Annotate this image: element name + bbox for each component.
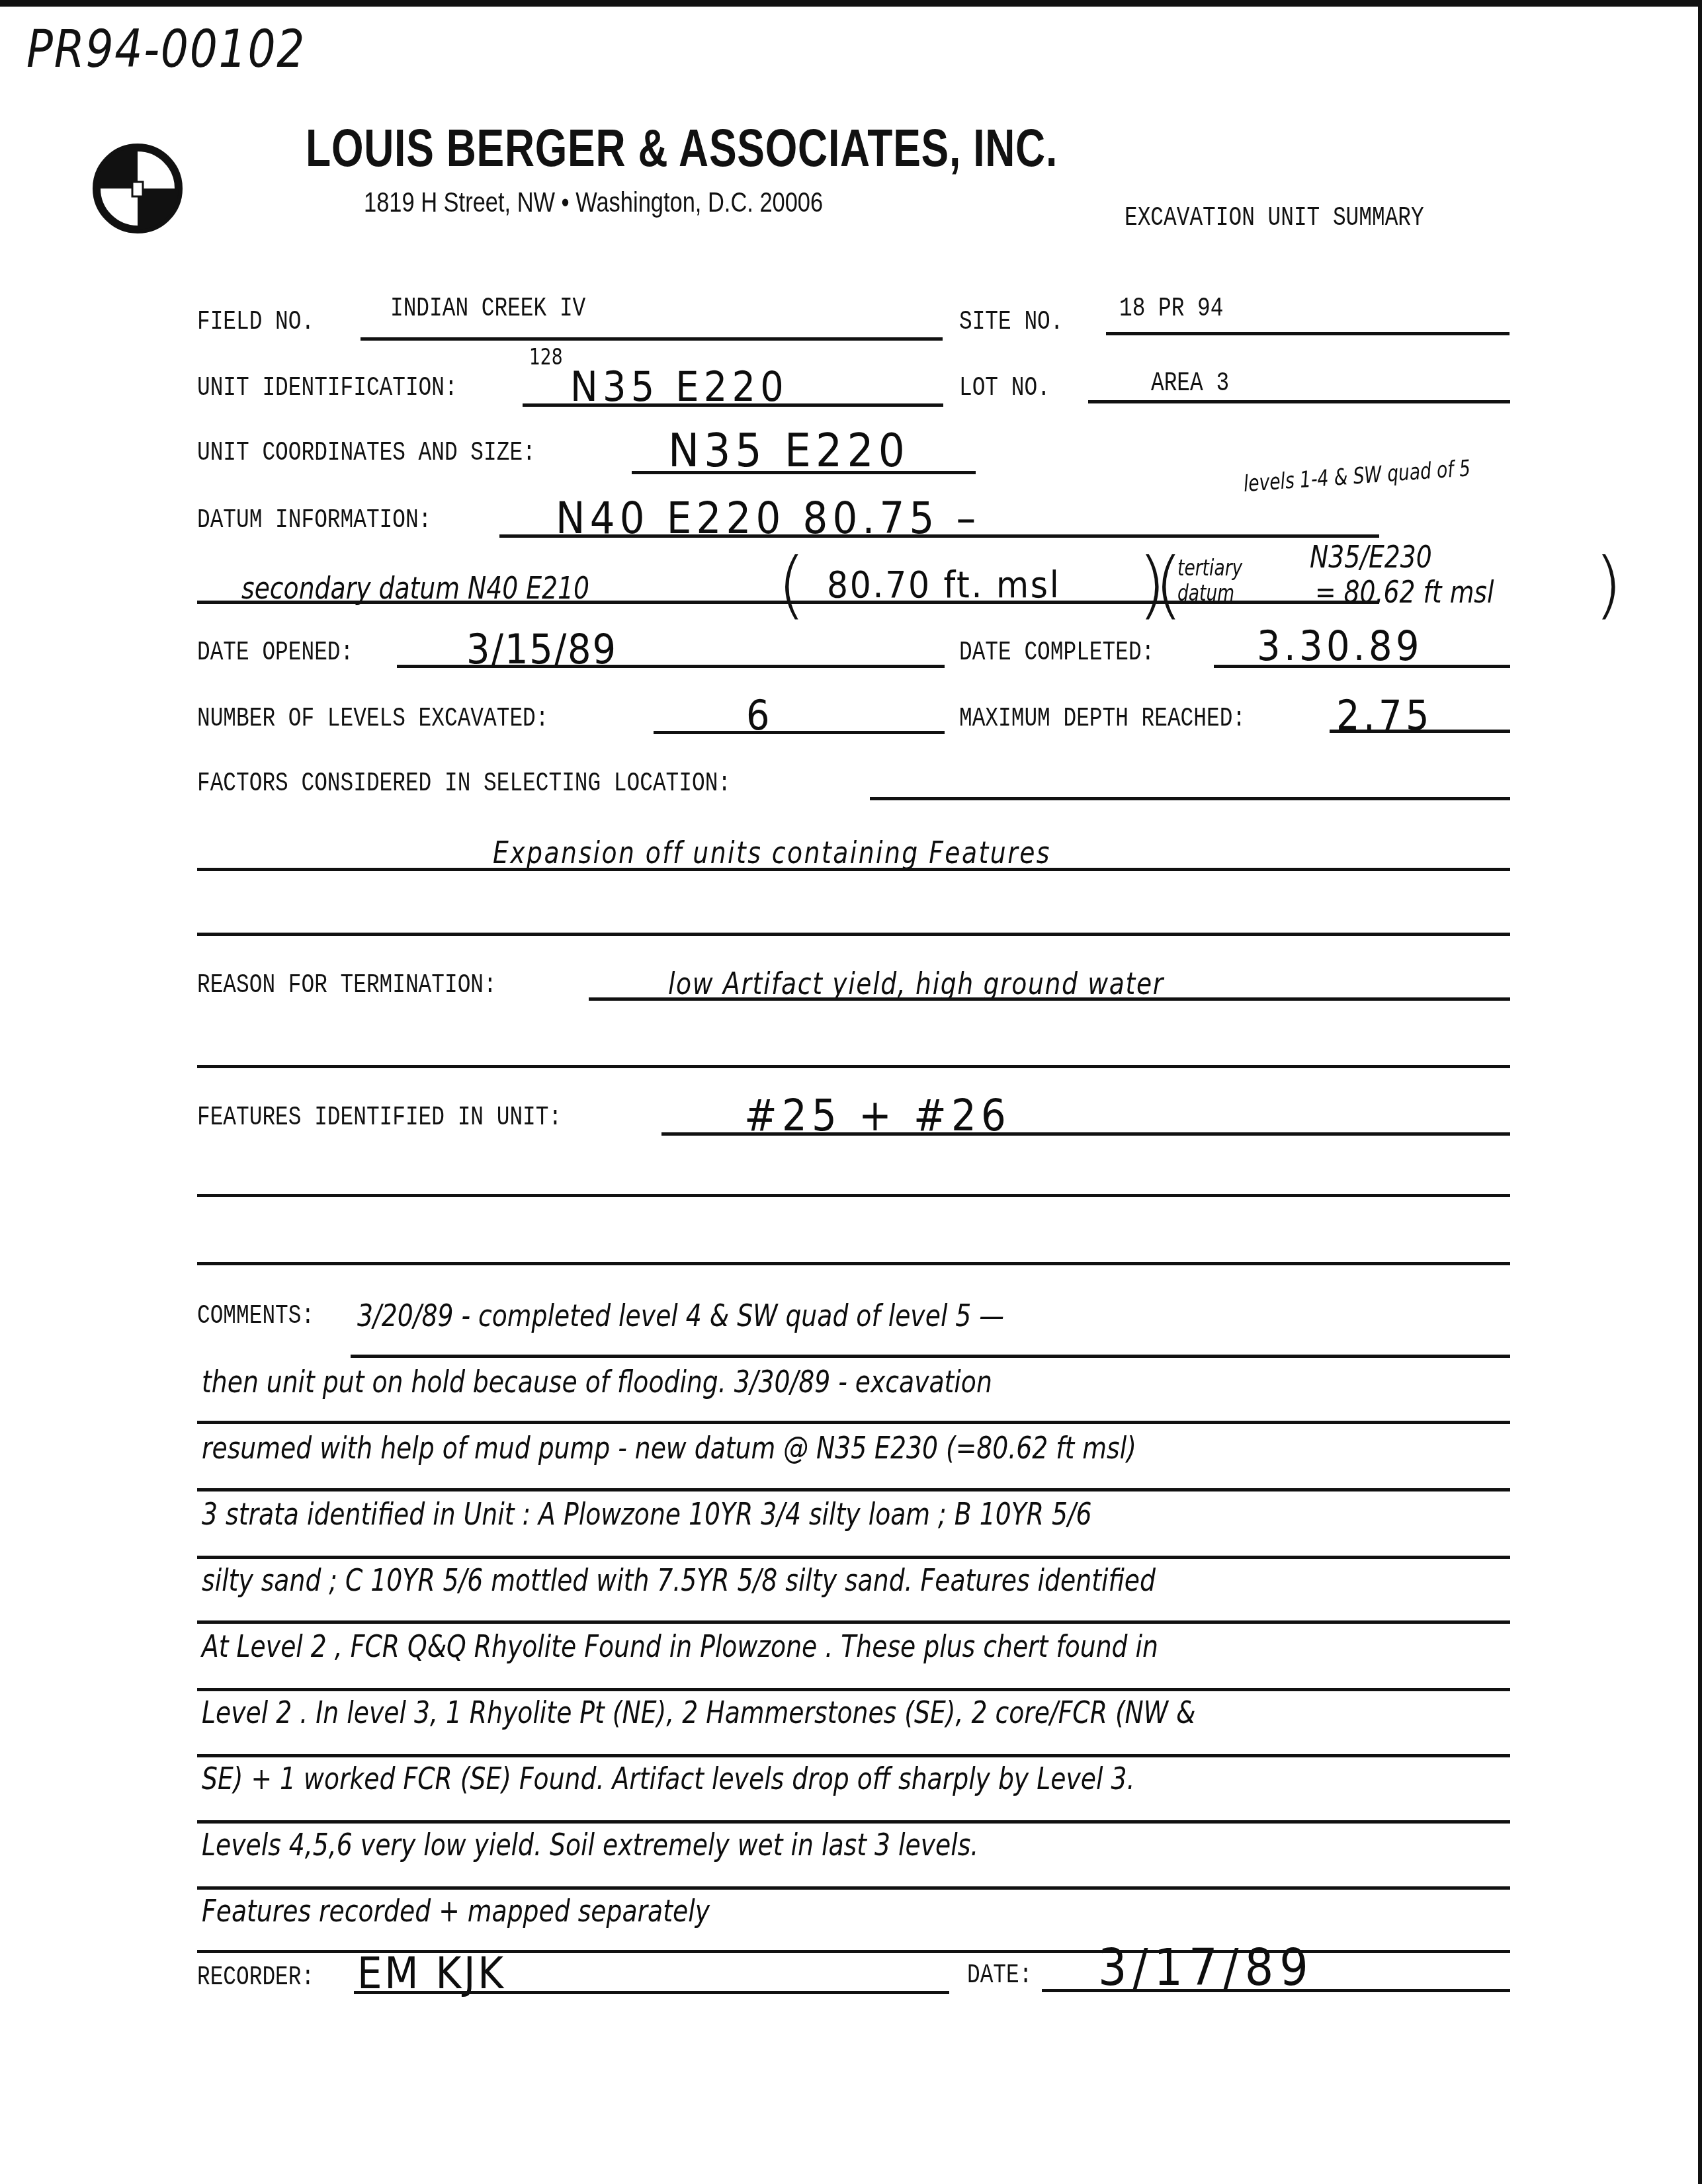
features-label: FEATURES IDENTIFIED IN UNIT: (197, 1103, 562, 1133)
comment-line[interactable]: resumed with help of mud pump - new datu… (202, 1430, 1136, 1466)
comment-rule (197, 1556, 1510, 1559)
unit-id-line (523, 403, 943, 407)
features-line-3 (197, 1262, 1510, 1265)
termination-line (589, 997, 1510, 1001)
company-name: LOUIS BERGER & ASSOCIATES, INC. (306, 118, 1058, 179)
datum-label: DATUM INFORMATION: (197, 506, 431, 536)
form-title: EXCAVATION UNIT SUMMARY (1125, 204, 1424, 233)
factors-line (870, 797, 1510, 800)
date-completed-line (1214, 665, 1510, 668)
comment-line[interactable]: Levels 4,5,6 very low yield. Soil extrem… (202, 1827, 978, 1863)
date-opened-line (397, 665, 945, 668)
unit-coords-label: UNIT COORDINATES AND SIZE: (197, 439, 536, 468)
features-line-2 (197, 1194, 1510, 1197)
site-no-label: SITE NO. (959, 308, 1063, 337)
open-paren: ( (777, 542, 806, 627)
recorder-line (354, 1991, 949, 1994)
site-no-line (1106, 332, 1510, 335)
comment-rule (197, 1754, 1510, 1757)
tertiary-datum-label: tertiary datum (1177, 556, 1255, 606)
unit-id-label: UNIT IDENTIFICATION: (197, 374, 458, 403)
site-no-value[interactable]: 18 PR 94 (1119, 294, 1223, 324)
datum-line (499, 534, 1379, 538)
unit-coords-value[interactable]: N35 E220 (668, 423, 910, 478)
comment-rule (197, 1950, 1510, 1953)
levels-line (654, 731, 945, 734)
factors-label: FACTORS CONSIDERED IN SELECTING LOCATION… (197, 769, 731, 799)
factors-value[interactable]: Expansion off units containing Features (493, 835, 1051, 870)
tertiary-datum-coords[interactable]: N35/E230 (1310, 539, 1432, 575)
field-no-value[interactable]: INDIAN CREEK IV (390, 294, 585, 324)
comment-line[interactable]: Level 2 . In level 3, 1 Rhyolite Pt (NE)… (202, 1695, 1196, 1730)
termination-label: REASON FOR TERMINATION: (197, 971, 497, 1001)
lot-no-label: LOT NO. (959, 374, 1050, 403)
comment-line[interactable]: 3 strata identified in Unit : A Plowzone… (202, 1496, 1092, 1532)
comment-line[interactable]: Features recorded + mapped separately (202, 1893, 710, 1929)
lot-no-line (1088, 400, 1510, 403)
factors-line-2 (197, 868, 1510, 871)
comment-rule (197, 1421, 1510, 1424)
field-no-label: FIELD NO. (197, 308, 314, 337)
comment-rule (197, 1820, 1510, 1824)
secondary-datum-line (197, 601, 1379, 604)
field-no-line (361, 337, 943, 341)
comment-rule (197, 1688, 1510, 1691)
max-depth-label: MAXIMUM DEPTH REACHED: (959, 704, 1246, 734)
comment-line[interactable]: 3/20/89 - completed level 4 & SW quad of… (357, 1298, 1004, 1333)
features-line (661, 1132, 1510, 1136)
document-stamp: PR94-00102 (26, 20, 306, 79)
close-paren-tertiary: ) (1594, 542, 1623, 627)
comment-rule (197, 1620, 1510, 1624)
termination-line-2 (197, 1065, 1510, 1068)
max-depth-line (1330, 730, 1510, 733)
company-address: 1819 H Street, NW • Washington, D.C. 200… (364, 187, 823, 218)
unit-coords-line (632, 471, 976, 474)
unit-id-prefix: 128 (529, 344, 563, 370)
date-opened-label: DATE OPENED: (197, 638, 353, 668)
date-completed-value[interactable]: 3.30.89 (1257, 622, 1423, 670)
date-label: DATE: (967, 1961, 1032, 1991)
comment-line[interactable]: SE) + 1 worked FCR (SE) Found. Artifact … (202, 1761, 1134, 1796)
date-completed-label: DATE COMPLETED: (959, 638, 1154, 668)
comment-rule (197, 1886, 1510, 1890)
comment-rule (197, 1488, 1510, 1491)
quartered-circle-logo-icon (91, 142, 184, 235)
comment-rule (351, 1355, 1510, 1358)
comment-line[interactable]: At Level 2 , FCR Q&Q Rhyolite Found in P… (202, 1628, 1158, 1664)
comment-line[interactable]: silty sand ; C 10YR 5/6 mottled with 7.5… (202, 1562, 1156, 1598)
date-line (1042, 1989, 1510, 1992)
levels-label: NUMBER OF LEVELS EXCAVATED: (197, 704, 548, 734)
tertiary-datum-elevation[interactable]: = 80.62 ft msl (1315, 574, 1494, 610)
comment-line[interactable]: then unit put on hold because of floodin… (202, 1364, 992, 1400)
factors-line-3 (197, 933, 1510, 936)
recorder-label: RECORDER: (197, 1963, 314, 1993)
termination-value[interactable]: low Artifact yield, high ground water (668, 966, 1164, 1001)
comments-label: COMMENTS: (197, 1302, 314, 1331)
date-value[interactable]: 3/17/89 (1098, 1938, 1314, 1997)
lot-no-value[interactable]: AREA 3 (1151, 369, 1229, 399)
